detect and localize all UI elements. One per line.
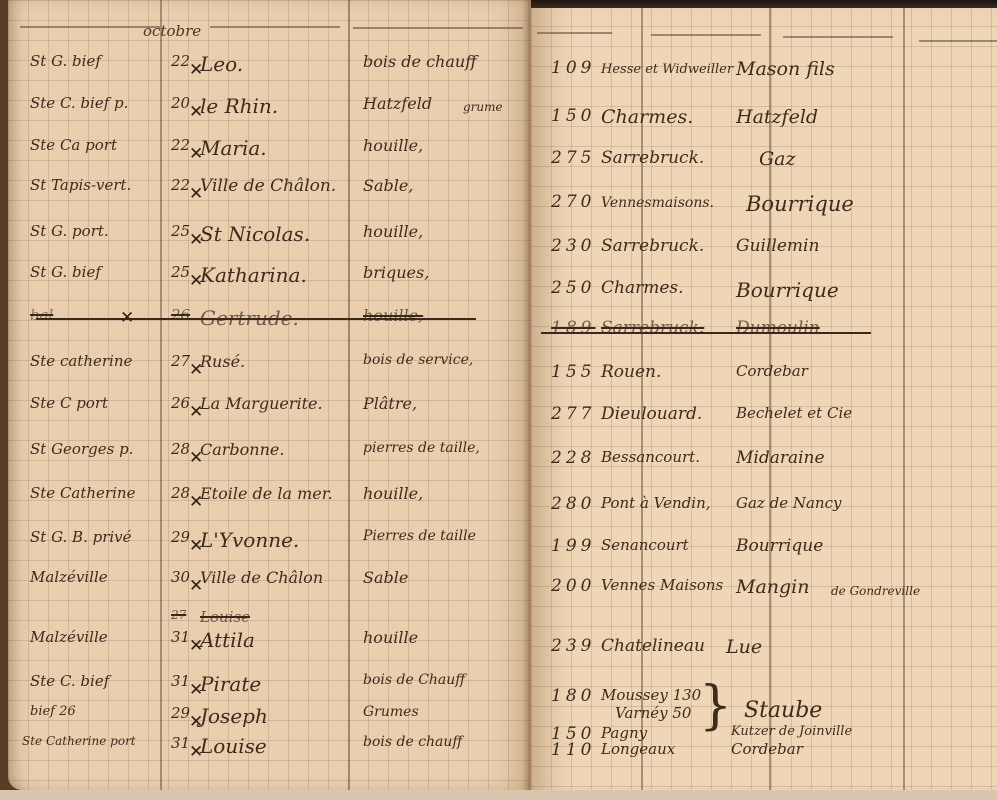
boat-name: La Marguerite. bbox=[200, 394, 323, 413]
ledger-row: Ste Catherine 28 ✕ Etoile de la mer. hou… bbox=[8, 484, 531, 520]
quantity: 189 bbox=[551, 318, 595, 338]
ledger-row: 110 Longeaux Cordebar bbox=[531, 740, 997, 776]
quantity: 180 bbox=[551, 686, 595, 706]
quantity: 280 bbox=[551, 494, 595, 514]
boat-name: Maria. bbox=[200, 136, 267, 160]
boat-name: Louise bbox=[200, 734, 267, 758]
ledger-row: 150 Charmes. Hatzfeld bbox=[531, 106, 997, 142]
day: 31 bbox=[171, 628, 190, 646]
ledger-row: 280 Pont à Vendin, Gaz de Nancy bbox=[531, 494, 997, 530]
day: 29 bbox=[171, 528, 190, 546]
header-rule bbox=[651, 34, 761, 36]
header-rule bbox=[537, 32, 612, 34]
quantity: 275 bbox=[551, 148, 595, 168]
location: Ste C port bbox=[30, 394, 108, 412]
ledger-row: 228 Bessancourt. Midaraine bbox=[531, 448, 997, 484]
boat-name: Ville de Châlon bbox=[200, 568, 323, 587]
ledger-row: Ste C. bief p. 20 ✕ le Rhin. Hatzfeld gr… bbox=[8, 94, 531, 130]
right-page: 109 Hesse et Widweiller Mason fils 150 C… bbox=[531, 6, 997, 796]
quantity: 230 bbox=[551, 236, 595, 256]
location: Ste Catherine port bbox=[22, 734, 136, 748]
boat-name: Joseph bbox=[200, 704, 268, 728]
origin: Varnéy 50 bbox=[615, 704, 691, 722]
bracket-consignee: Staube bbox=[744, 698, 822, 723]
day: 27 bbox=[171, 352, 190, 370]
day: 28 bbox=[171, 484, 190, 502]
ledger-row: Ste catherine 27 ✕ Rusé. bois de service… bbox=[8, 352, 531, 388]
boat-name: St Nicolas. bbox=[200, 222, 310, 246]
ledger-row: 199 Senancourt Bourrique bbox=[531, 536, 997, 572]
consignee: Gaz de Nancy bbox=[736, 494, 841, 512]
location: Ste C. bief p. bbox=[30, 94, 128, 112]
cargo: houille, bbox=[363, 136, 423, 155]
origin: Chatelineau bbox=[601, 636, 705, 656]
consignee: Cordebar bbox=[736, 362, 808, 380]
origin: Vennesmaisons. bbox=[601, 195, 714, 211]
day: 25 bbox=[171, 222, 190, 240]
consignee: Bourrique bbox=[736, 536, 823, 556]
page-bottom-edge bbox=[0, 790, 997, 800]
origin: Bessancourt. bbox=[601, 448, 700, 466]
day: 22 bbox=[171, 52, 190, 70]
ledger-row: St G. bief 25 ✕ Katharina. briques, bbox=[8, 263, 531, 299]
cargo: Sable, bbox=[363, 176, 413, 195]
left-page: octobre St G. bief 22 ✕ Leo. bois de cha… bbox=[8, 0, 531, 790]
boat-name: Katharina. bbox=[200, 263, 307, 287]
location: Ste Catherine bbox=[30, 484, 135, 502]
cargo: bois de chauff bbox=[363, 734, 462, 750]
cargo: Sable bbox=[363, 568, 408, 587]
cargo: houille, bbox=[363, 484, 423, 503]
origin: Charmes. bbox=[601, 106, 693, 128]
cargo: houille, bbox=[363, 222, 423, 241]
ledger-row: St Georges p. 28 ✕ Carbonne. pierres de … bbox=[8, 440, 531, 476]
ledger-row-struck: 189 Sarrebruck. Dumoulin bbox=[531, 318, 997, 354]
origin: Senancourt bbox=[601, 536, 689, 554]
consignee: Bechelet et Cie bbox=[736, 404, 852, 422]
consignee: Kutzer de Joinville bbox=[731, 724, 852, 739]
day: 31 bbox=[171, 672, 190, 690]
header-rule bbox=[20, 26, 160, 28]
boat-name: Pirate bbox=[200, 672, 261, 696]
header-rule bbox=[210, 26, 340, 28]
cargo: houille, bbox=[363, 306, 423, 325]
boat-name: Leo. bbox=[200, 52, 243, 76]
origin: Sarrebruck. bbox=[601, 236, 704, 256]
day: 25 bbox=[171, 263, 190, 281]
ledger-row: Ste C. bief 31 ✕ Pirate bois de Chauff bbox=[8, 672, 531, 708]
location: Ste catherine bbox=[30, 352, 132, 370]
location: Ste C. bief bbox=[30, 672, 109, 690]
consignee: Bourrique bbox=[736, 278, 839, 302]
cargo: Pierres de taille bbox=[363, 528, 476, 544]
header-rule bbox=[783, 36, 893, 38]
ledger-row: St G. bief 22 ✕ Leo. bois de chauff bbox=[8, 52, 531, 88]
day: 22 bbox=[171, 176, 190, 194]
ledger-row: St Tapis-vert. 22 ✕ Ville de Châlon. Sab… bbox=[8, 176, 531, 212]
quantity: 228 bbox=[551, 448, 595, 468]
quantity: 199 bbox=[551, 536, 595, 556]
cargo: Hatzfeld bbox=[363, 94, 432, 113]
ledger-row: 230 Sarrebruck. Guillemin bbox=[531, 236, 997, 272]
quantity: 270 bbox=[551, 192, 595, 212]
location: bief 26 bbox=[30, 704, 76, 719]
ledger-row: St G. B. privé 29 ✕ L'Yvonne. Pierres de… bbox=[8, 528, 531, 564]
cargo: bois de Chauff bbox=[363, 672, 465, 688]
origin: Rouen. bbox=[601, 362, 661, 382]
boat-name: Louise bbox=[200, 608, 250, 626]
ledger-row: 155 Rouen. Cordebar bbox=[531, 362, 997, 398]
cargo: bois de chauff bbox=[363, 52, 477, 71]
ledger-row: Ste Ca port 22 ✕ Maria. houille, bbox=[8, 136, 531, 172]
location: bal bbox=[30, 306, 53, 324]
header-rule bbox=[353, 27, 523, 29]
ledger-row: 270 Vennesmaisons. Bourrique bbox=[531, 192, 997, 228]
strike-line bbox=[36, 318, 476, 320]
ledger-row: 277 Dieulouard. Bechelet et Cie bbox=[531, 404, 997, 440]
grouping-brace: } bbox=[699, 676, 732, 736]
ledger-row: Malzéville 30 ✕ Ville de Châlon Sable bbox=[8, 568, 531, 604]
quantity: 239 bbox=[551, 636, 595, 656]
quantity: 250 bbox=[551, 278, 595, 298]
ledger-row: 250 Charmes. Bourrique bbox=[531, 278, 997, 314]
location: Ste Ca port bbox=[30, 136, 117, 154]
consignee: Guillemin bbox=[736, 236, 819, 256]
cargo: Grumes bbox=[363, 704, 419, 720]
consignee: Mangin bbox=[736, 576, 810, 598]
ledger-row: Ste Catherine port 31 ✕ Louise bois de c… bbox=[8, 734, 531, 770]
header-rule bbox=[919, 40, 997, 42]
origin: Charmes. bbox=[601, 278, 684, 298]
boat-name: L'Yvonne. bbox=[200, 528, 299, 552]
day: 22 bbox=[171, 136, 190, 154]
day: 20 bbox=[171, 94, 190, 112]
consignee: Bourrique bbox=[746, 192, 854, 216]
consignee: Midaraine bbox=[736, 448, 825, 468]
ledger-row: St G. port. 25 ✕ St Nicolas. houille, bbox=[8, 222, 531, 258]
location: St Tapis-vert. bbox=[30, 176, 131, 194]
ledger-book: octobre St G. bief 22 ✕ Leo. bois de cha… bbox=[0, 0, 997, 800]
ledger-row: 239 Chatelineau Lue bbox=[531, 636, 997, 672]
month-heading: octobre bbox=[143, 22, 201, 40]
ledger-row: Malzéville 31 ✕ Attila houille bbox=[8, 628, 531, 664]
location: St G. port. bbox=[30, 222, 109, 240]
origin: Longeaux bbox=[601, 740, 675, 758]
consignee: Hatzfeld bbox=[736, 106, 818, 128]
consignee-note: de Gondreville bbox=[831, 584, 920, 598]
day: 26 bbox=[171, 306, 190, 324]
day: 30 bbox=[171, 568, 190, 586]
day: 29 bbox=[171, 704, 190, 722]
boat-name: Etoile de la mer. bbox=[200, 484, 333, 503]
origin: Hesse et Widweiller bbox=[601, 62, 733, 77]
consignee: Cordebar bbox=[731, 740, 803, 758]
cargo-note: grume bbox=[463, 100, 503, 114]
origin: Vennes Maisons bbox=[601, 576, 723, 594]
ledger-row-struck: bal ✕ 26 Gertrude. houille, bbox=[8, 306, 531, 342]
ledger-row: Ste C port 26 ✕ La Marguerite. Plâtre, bbox=[8, 394, 531, 430]
quantity: 110 bbox=[551, 740, 595, 760]
origin: Moussey 130 bbox=[601, 686, 701, 704]
quantity: 277 bbox=[551, 404, 595, 424]
origin: Pont à Vendin, bbox=[601, 494, 711, 512]
boat-name: Rusé. bbox=[200, 352, 245, 371]
boat-name: Carbonne. bbox=[200, 440, 284, 459]
quantity: 109 bbox=[551, 58, 595, 78]
ledger-row: 200 Vennes Maisons Mangin de Gondreville bbox=[531, 576, 997, 612]
day: 26 bbox=[171, 394, 190, 412]
location: St G. bief bbox=[30, 52, 101, 70]
location: St G. B. privé bbox=[30, 528, 132, 546]
consignee: Mason fils bbox=[736, 58, 835, 80]
origin: Sarrebruck. bbox=[601, 148, 704, 168]
cargo: pierres de taille, bbox=[363, 440, 480, 456]
day: 28 bbox=[171, 440, 190, 458]
ledger-row: 109 Hesse et Widweiller Mason fils bbox=[531, 58, 997, 94]
cargo: Plâtre, bbox=[363, 394, 417, 413]
quantity: 150 bbox=[551, 106, 595, 126]
strike-line bbox=[541, 332, 871, 334]
consignee: Gaz bbox=[759, 148, 796, 170]
location: Malzéville bbox=[30, 628, 108, 646]
consignee: Lue bbox=[726, 636, 762, 658]
location: St Georges p. bbox=[30, 440, 133, 458]
origin: Dieulouard. bbox=[601, 404, 702, 424]
quantity: 200 bbox=[551, 576, 595, 596]
day: 27 bbox=[171, 608, 186, 622]
consignee: Dumoulin bbox=[736, 318, 820, 338]
location: Malzéville bbox=[30, 568, 108, 586]
quantity: 155 bbox=[551, 362, 595, 382]
page-top-edge bbox=[531, 0, 997, 8]
boat-name: Ville de Châlon. bbox=[200, 176, 336, 196]
cargo: houille bbox=[363, 628, 418, 647]
day: 31 bbox=[171, 734, 190, 752]
cargo: bois de service, bbox=[363, 352, 473, 368]
boat-name: Attila bbox=[200, 628, 255, 652]
ledger-row: 275 Sarrebruck. Gaz bbox=[531, 148, 997, 184]
boat-name: le Rhin. bbox=[200, 94, 278, 118]
origin: Sarrebruck. bbox=[601, 318, 704, 338]
cargo: briques, bbox=[363, 263, 429, 282]
location: St G. bief bbox=[30, 263, 101, 281]
